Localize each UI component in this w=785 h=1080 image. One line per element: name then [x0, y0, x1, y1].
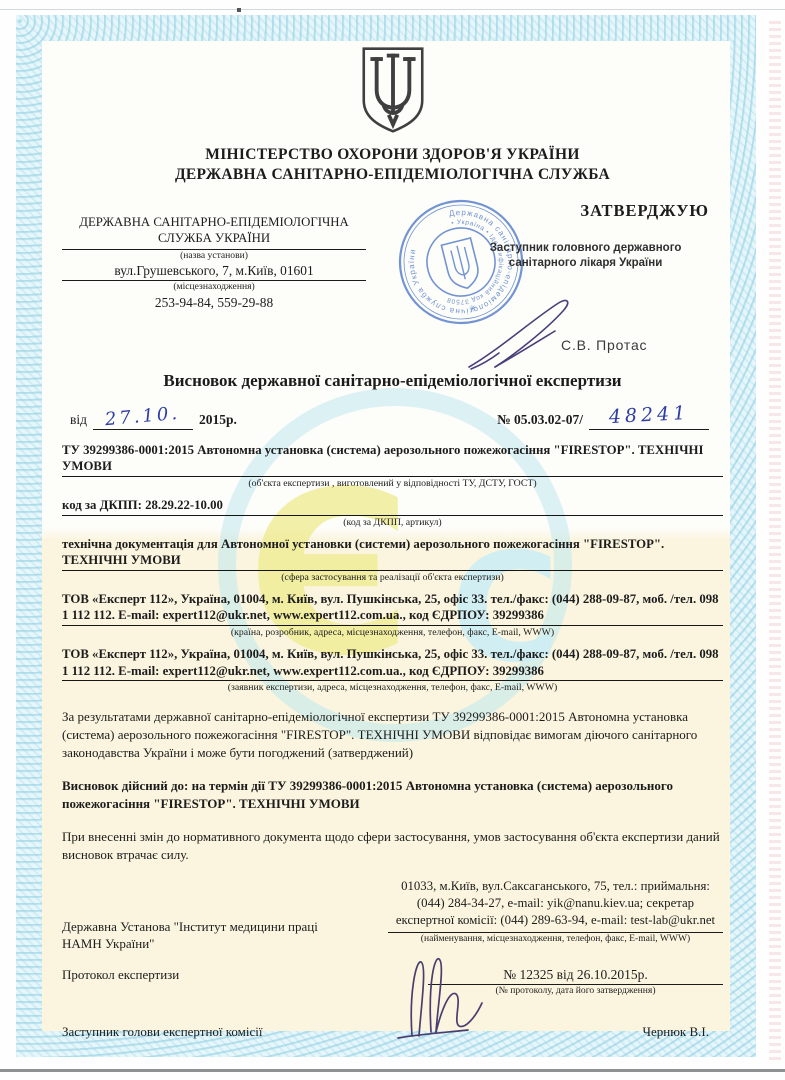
field-developer-value: ТОВ «Експерт 112», Україна, 01004, м. Ки… — [62, 591, 723, 626]
deputy-label: Заступник голови експертної комісії — [62, 1024, 263, 1040]
number-label: № 05.03.02-07/ — [497, 412, 583, 428]
paragraph-disclaimer: При внесенні змін до нормативного докуме… — [62, 828, 723, 864]
field-applicant-value: ТОВ «Експерт 112», Україна, 01004, м. Ки… — [62, 646, 723, 681]
issuer-name-line2: СЛУЖБА УКРАЇНИ — [62, 231, 366, 247]
document-title: Висновок державної санітарно-епідеміолог… — [62, 371, 723, 391]
approver-title-line1: Заступник головного державного — [458, 241, 713, 256]
ministry-header: МІНІСТЕРСТВО ОХОРОНИ ЗДОРОВ'Я УКРАЇНИ ДЕ… — [62, 145, 723, 185]
ministry-line2: ДЕРЖАВНА САНІТАРНО-ЕПІДЕМІОЛОГІЧНА СЛУЖБ… — [62, 165, 723, 185]
field-expertise-object-value: ТУ 39299386-0001:2015 Автономна установк… — [62, 442, 723, 477]
protas-signature — [461, 295, 591, 373]
scan-speck — [237, 8, 241, 12]
document-content: МІНІСТЕРСТВО ОХОРОНИ ЗДОРОВ'Я УКРАЇНИ ДЕ… — [42, 41, 743, 1031]
approve-label: ЗАТВЕРДЖУЮ — [580, 201, 709, 221]
scan-artifact-line-top — [0, 9, 785, 10]
handwritten-date: 27.10. — [104, 402, 181, 429]
approver-name: С.В. Протас — [561, 337, 647, 353]
field-scope-value: технічна документація для Автономної уст… — [62, 536, 723, 571]
field-applicant: ТОВ «Експерт 112», Україна, 01004, м. Ки… — [62, 646, 723, 693]
protocol-label: Протокол експертизи — [62, 967, 179, 983]
issuer-name: ДЕРЖАВНА САНІТАРНО-ЕПІДЕМІОЛОГІЧНА СЛУЖБ… — [62, 215, 366, 250]
field-scope: технічна документація для Автономної уст… — [62, 536, 723, 583]
paragraph-validity: Висновок дійсний до: на термін дії ТУ 39… — [62, 777, 723, 813]
issuer-block: ДЕРЖАВНА САНІТАРНО-ЕПІДЕМІОЛОГІЧНА СЛУЖБ… — [62, 199, 366, 361]
from-label: від — [70, 412, 87, 428]
paragraph-result: За результатами державної санітарно-епід… — [62, 708, 723, 762]
field-dkpp-code-caption: (код за ДКПП, артикул) — [62, 517, 723, 528]
top-columns: ДЕРЖАВНА САНІТАРНО-ЕПІДЕМІОЛОГІЧНА СЛУЖБ… — [62, 199, 723, 361]
approver-title-line2: санітарного лікаря України — [458, 256, 713, 271]
footer-row: Державна Установа "Інститут медицини пра… — [62, 878, 723, 953]
field-expertise-object-caption: (об'єкта експертизи , виготовлений у від… — [62, 478, 723, 489]
date-fill-line: 27.10. — [93, 408, 193, 430]
approver-title: Заступник головного державного санітарно… — [458, 241, 713, 271]
deputy-signature — [390, 948, 500, 1048]
number-fill-line: 48241 — [589, 407, 709, 430]
issuer-address-caption: (місцезнаходження) — [62, 281, 366, 292]
scan-artifact-edge — [769, 20, 781, 1060]
approval-block: ЗАТВЕРДЖУЮ Державна санітарно-епідеміоло… — [366, 199, 723, 361]
year-label: 2015р. — [199, 412, 237, 428]
issuer-name-caption: (назва установи) — [62, 250, 366, 261]
field-developer-caption: (країна, розробник, адреса, місцезнаходж… — [62, 627, 723, 638]
field-dkpp-code: код за ДКПП: 28.29.22-10.00 (код за ДКПП… — [62, 497, 723, 528]
issuer-name-line1: ДЕРЖАВНА САНІТАРНО-ЕПІДЕМІОЛОГІЧНА — [62, 215, 366, 231]
document-page: Є С МІНІСТЕРСТВО ОХОРОНИ ЗДОРОВ'Я УКР — [0, 0, 785, 1080]
ministry-line1: МІНІСТЕРСТВО ОХОРОНИ ЗДОРОВ'Я УКРАЇНИ — [62, 145, 723, 165]
field-dkpp-code-value: код за ДКПП: 28.29.22-10.00 — [62, 497, 723, 516]
field-applicant-caption: (заявник експертизи, адреса, місцезнаход… — [62, 682, 723, 693]
dateline: від 27.10. 2015р. № 05.03.02-07/ 48241 — [62, 407, 723, 430]
issuer-phones: 253-94-84, 559-29-88 — [62, 295, 366, 311]
scan-artifact-line-bottom — [0, 1069, 785, 1072]
field-expertise-object: ТУ 39299386-0001:2015 Автономна установк… — [62, 442, 723, 489]
field-developer: ТОВ «Експерт 112», Україна, 01004, м. Ки… — [62, 591, 723, 638]
field-scope-caption: (сфера застосування та реалізації об'єкт… — [62, 572, 723, 583]
institute-name: Державна Установа "Інститут медицини пра… — [62, 918, 366, 953]
tryzub-emblem-icon — [350, 45, 436, 135]
emblem-wrap — [62, 45, 723, 140]
deputy-name: Чернюк В.І. — [643, 1024, 709, 1040]
handwritten-number: 48241 — [608, 402, 689, 428]
issuer-address: вул.Грушевського, 7, м.Київ, 01601 — [62, 261, 366, 281]
commission-address: 01033, м.Київ, вул.Саксаганського, 75, т… — [388, 878, 723, 933]
commission-caption: (найменування, місцезнаходження, телефон… — [388, 933, 723, 946]
commission-block: 01033, м.Київ, вул.Саксаганського, 75, т… — [388, 878, 723, 953]
